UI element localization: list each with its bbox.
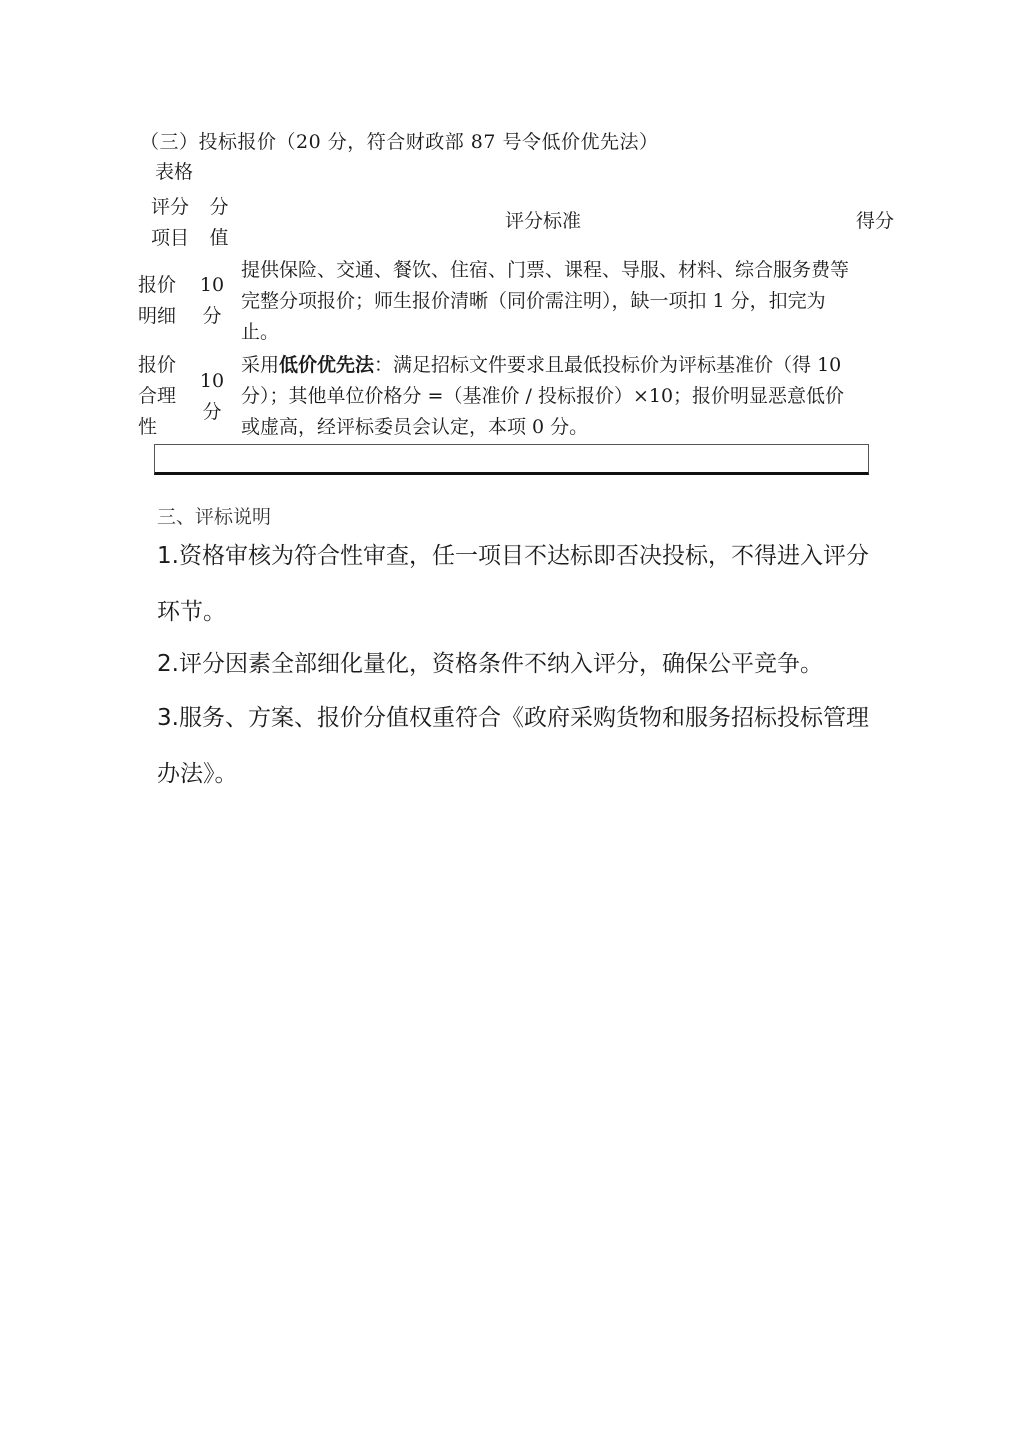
subsection-heading: 三、评标说明 xyxy=(157,503,271,531)
empty-table-row xyxy=(154,444,869,475)
header-obtained-score: 得分 xyxy=(856,207,894,235)
row-value: 10分 xyxy=(199,366,225,428)
criteria-bold-method: 低价优先法 xyxy=(279,354,374,376)
section-heading: （三）投标报价（20 分，符合财政部 87 号令低价优先法） xyxy=(140,128,658,156)
criteria-prefix: 采用 xyxy=(241,354,279,376)
row-item-label: 报价合理性 xyxy=(138,350,182,443)
header-scoring-criteria: 评分标准 xyxy=(505,207,581,235)
note-paragraph-1: 1.资格审核为符合性审查，任一项目不达标即否决投标，不得进入评分环节。 xyxy=(157,528,877,640)
header-scoring-item: 评分项目 xyxy=(148,192,192,254)
table-caption: 表格 xyxy=(155,158,193,186)
note-paragraph-2: 2.评分因素全部细化量化，资格条件不纳入评分，确保公平竞争。 xyxy=(157,636,877,692)
row-value: 10分 xyxy=(199,270,225,332)
note-paragraph-3: 3.服务、方案、报价分值权重符合《政府采购货物和服务招标投标管理办法》。 xyxy=(157,690,877,802)
header-score-value: 分值 xyxy=(207,192,231,254)
row-criteria: 提供保险、交通、餐饮、住宿、门票、课程、导服、材料、综合服务费等完整分项报价；师… xyxy=(241,255,861,348)
row-item-label: 报价明细 xyxy=(138,270,182,332)
row-criteria: 采用低价优先法：满足招标文件要求且最低投标价为评标基准价（得 10 分）；其他单… xyxy=(241,350,861,443)
